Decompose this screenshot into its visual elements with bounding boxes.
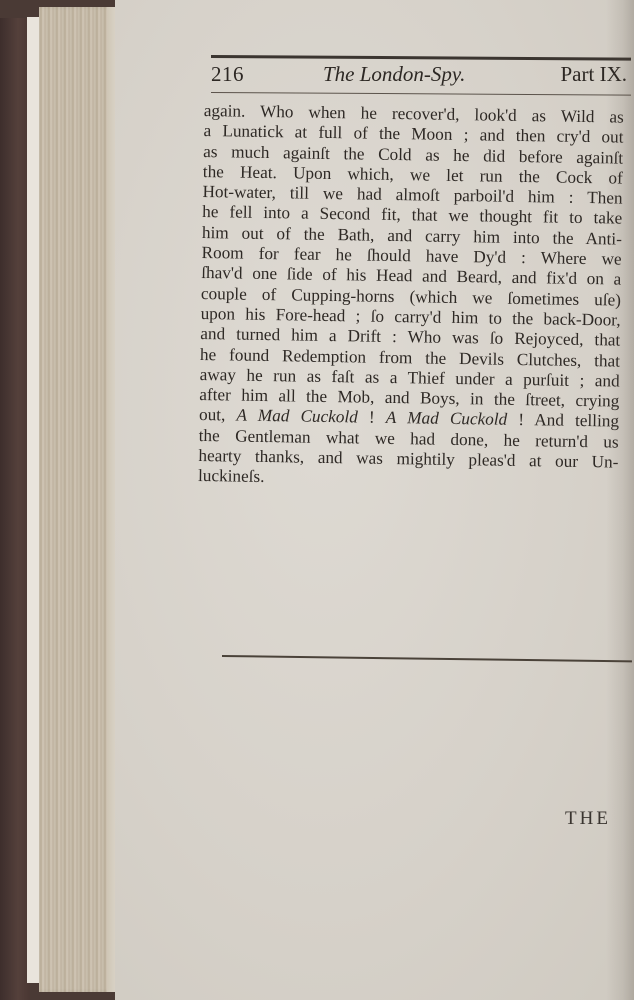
italic-exclamation: A Mad Cuckold [236, 406, 358, 427]
book-cover-edge [0, 0, 30, 1000]
catchword: THE [565, 808, 611, 830]
running-title: The London-Spy. [323, 62, 465, 87]
book-page: 216 The London-Spy. Part IX. again. Who … [115, 0, 634, 1000]
running-head: 216 The London-Spy. Part IX. [211, 60, 631, 90]
text-fragment: ! [358, 408, 386, 427]
italic-exclamation: A Mad Cuckold [386, 408, 508, 429]
header-rule-bottom [211, 92, 631, 96]
text-fragment: ! And telling [507, 410, 619, 431]
body-text: again. Who when he recover'd, look'd as … [198, 101, 634, 493]
page-block-edge [39, 7, 115, 992]
gutter-shadow [606, 0, 634, 1000]
page-number: 216 [211, 62, 244, 87]
text-fragment: out, [199, 405, 237, 425]
section-end-rule [222, 655, 632, 662]
